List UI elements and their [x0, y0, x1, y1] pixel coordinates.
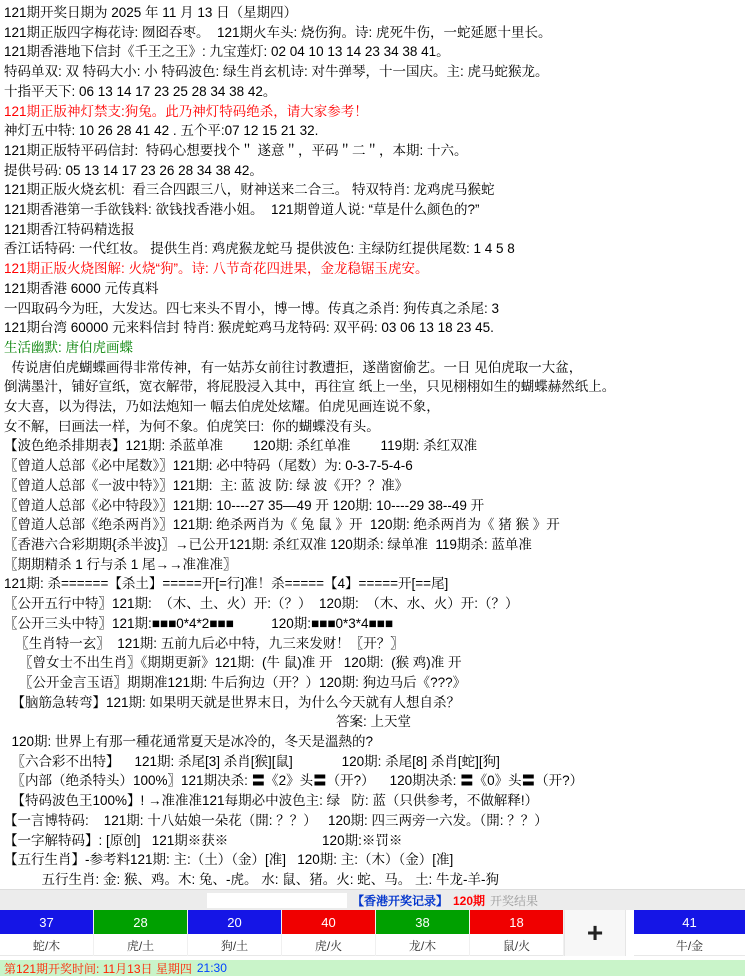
text-line: 121期: 杀======【杀土】=====开[=行]准！杀=====【4】==… [4, 574, 743, 594]
text-line: 倒满墨汁，铺好宣纸，宽衣解带，将屁股浸入其中，再往宣 纸上一坐，只见栩栩如生的蝴… [4, 377, 743, 397]
draw-results-panel: 【香港开奖记录】 120期 开奖结果 37蛇/木28虎/土20狗/土40虎/火3… [0, 889, 745, 976]
text-line: 〖公开五行中特〗121期: （木、土、火）开:（？） 120期: （木、水、火）… [4, 594, 743, 614]
document-text-area: 121期开奖日期为 2025 年 11 月 13 日（星期四）121期正版四字梅… [0, 0, 745, 889]
ball-zodiac-element-label: 狗/土 [188, 934, 281, 956]
text-line: 一四取码今为旺，大发达。四七来头不胃小，博一博。传真之杀肖: 狗传真之杀尾: 3 [4, 299, 743, 319]
ball-number: 18 [470, 910, 563, 934]
ball-number: 40 [282, 910, 375, 934]
text-line: 【一言博特码: 121期: 十八姑娘一朵花（開: ？？） 120期: 四三两旁一… [4, 811, 743, 831]
text-line: 〖曾道人总部《必中特段》〗121期: 10----27 35—49 开 120期… [4, 496, 743, 516]
text-line: 【一字解特码】: [原创] 121期※获※ 120期:※罚※ [4, 831, 743, 851]
ball-zodiac-element-label: 虎/火 [282, 934, 375, 956]
text-line: 传说唐伯虎蝴蝶画得非常传神，有一姑苏女前往讨教遭拒，遂凿窗偷艺。一日 见伯虎取一… [4, 358, 743, 378]
ball-zodiac-element-label: 蛇/木 [0, 934, 93, 956]
text-line: 〖公开金言玉语〗期期准121期: 牛后狗边（开？）120期: 狗边马后《???》 [4, 673, 743, 693]
ball-zodiac-element-label: 鼠/火 [470, 934, 563, 956]
text-line: 香江话特码: 一代红妆。 提供生肖: 鸡虎猴龙蛇马 提供波色: 主绿防红提供尾数… [4, 239, 743, 259]
next-draw-time: 21:30 [197, 961, 227, 975]
text-line: 答案: 上天堂 [4, 712, 743, 732]
next-draw-info-bar: 第121期开奖时间: 11月13日 星期四 21:30 [0, 960, 745, 976]
text-line: 〖香港六合彩期期{杀半波}〗→已公开121期: 杀红双准 120期杀: 绿单准 … [4, 535, 743, 555]
text-line: 121期香江特码精选报 [4, 220, 743, 240]
lottery-info-page: 121期开奖日期为 2025 年 11 月 13 日（星期四）121期正版四字梅… [0, 0, 745, 976]
result-ball-cell: 28虎/土 [94, 910, 188, 956]
text-line: 十指平天下: 06 13 14 17 23 25 28 34 38 42。 [4, 82, 743, 102]
result-balls-row: 37蛇/木28虎/土20狗/土40虎/火38龙/木18鼠/火+41牛/金 [0, 910, 745, 956]
result-ball-cell: 20狗/土 [188, 910, 282, 956]
text-line: 〖生肖特一玄〗 121期: 五前九后必中特，九三来发财！〖开？〗 [4, 634, 743, 654]
next-draw-text: 第121期开奖时间: 11月13日 星期四 [4, 960, 192, 976]
text-line: 〖曾道人总部《必中尾数》〗121期: 必中特码（尾数）为: 0-3-7-5-4-… [4, 456, 743, 476]
text-line: 〖期期精杀 1 行与杀 1 尾→→准准准〗 [4, 555, 743, 575]
text-line: 提供号码: 05 13 14 17 23 26 28 34 38 42。 [4, 161, 743, 181]
ball-number: 38 [376, 910, 469, 934]
ball-zodiac-element-label: 龙/木 [376, 934, 469, 956]
text-line: 〖内部（绝杀特头）100%〗121期决杀: 〓《2》头〓（开?） 120期决杀:… [4, 771, 743, 791]
text-line: 【特码波色王100%】! →准准准121每期必中波色主: 绿 防: 蓝（只供参考… [4, 791, 743, 811]
text-line: 121期香港第一手欲钱料: 欲钱找香港小姐。 121期曾道人说: “草是什么颜色… [4, 200, 743, 220]
results-header-bar: 【香港开奖记录】 120期 开奖结果 [0, 889, 745, 910]
ball-zodiac-element-label: 牛/金 [634, 934, 745, 956]
ball-number: 41 [634, 910, 745, 934]
text-line: 生活幽默: 唐伯虎画蝶 [4, 338, 743, 358]
ball-zodiac-element-label: 虎/土 [94, 934, 187, 956]
result-ball-cell: 41牛/金 [634, 910, 745, 956]
expand-plus-button[interactable]: + [564, 910, 626, 956]
result-ball-cell: 37蛇/木 [0, 910, 94, 956]
text-line: 121期香港地下信封《千王之王》: 九宝莲灯: 02 04 10 13 14 2… [4, 42, 743, 62]
text-line: 121期香港 6000 元传真料 [4, 279, 743, 299]
text-line: 【波色绝杀排期表】121期: 杀蓝单准 120期: 杀红单准 119期: 杀红双… [4, 436, 743, 456]
text-line: 【脑筋急转弯】121期: 如果明天就是世界末日，为什么今天就有人想自杀？ [4, 693, 743, 713]
text-line: 〖公开三头中特〗121期:■■■0*4*2■■■ 120期:■■■0*3*4■■… [4, 614, 743, 634]
text-line: 〖曾女士不出生肖〗《期期更新》121期: (牛 鼠)准 开 120期: (猴 鸡… [4, 653, 743, 673]
text-line: 特码单双: 双 特码大小: 小 特码波色: 绿生肖玄机诗: 对牛弹琴，十一国庆。… [4, 62, 743, 82]
text-line: 〖曾道人总部《绝杀两肖》〗121期: 绝杀两肖为《 兔 鼠 》开 120期: 绝… [4, 515, 743, 535]
text-line: 神灯五中特: 10 26 28 41 42 . 五个平:07 12 15 21 … [4, 121, 743, 141]
results-period-label: 120期 [453, 892, 485, 909]
result-ball-cell: 40虎/火 [282, 910, 376, 956]
text-line: 121期正版火烧玄机: 看三合四跟三八，财神送来二合三。 特双特肖: 龙鸡虎马猴… [4, 180, 743, 200]
blank-input-box[interactable] [207, 893, 347, 908]
text-line: 【五行生肖】-参考料121期: 主:（土）（金）[准] 120期: 主:（木）（… [4, 850, 743, 870]
text-line: 121期正版特平码信封: 特码心想要找个＂ 遂意＂，平码＂二＂，本期: 十六。 [4, 141, 743, 161]
text-line: 120期: 世界上有那一種花通常夏天是冰冷的，冬天是溫熱的? [4, 732, 743, 752]
text-line: 女大喜，以为得法，乃如法炮知一 幅去伯虎处炫耀。伯虎见画连说不象， [4, 397, 743, 417]
text-line: 121期开奖日期为 2025 年 11 月 13 日（星期四） [4, 3, 743, 23]
text-line: 121期正版四字梅花诗: 囫囵吞枣。 121期火车头: 烧伤狗。诗: 虎死牛伤，… [4, 23, 743, 43]
text-line: 五行生肖: 金: 猴、鸡。木: 兔、-虎。 水: 鼠、猪。火: 蛇、马。 土: … [4, 870, 743, 889]
text-line: 121期正版火烧图解: 火烧“狗”。诗: 八节奇花四进果，金龙稳锯玉虎安。 [4, 259, 743, 279]
text-line: 〖六合彩不出特】 121期: 杀尾[3] 杀肖[猴][鼠] 120期: 杀尾[8… [4, 752, 743, 772]
text-line: 女不解，曰画法一样，为何不象。伯虎笑曰: 你的蝴蝶没有头。 [4, 417, 743, 437]
result-ball-cell: 18鼠/火 [470, 910, 564, 956]
text-line: 〖曾道人总部《一波中特》〗121期: 主: 蓝 波 防: 绿 波《开？？准》 [4, 476, 743, 496]
results-suffix-label: 开奖结果 [490, 892, 538, 909]
result-ball-cell: 38龙/木 [376, 910, 470, 956]
ball-number: 28 [94, 910, 187, 934]
text-line: 121期台湾 60000 元来料信封 特肖: 猴虎蛇鸡马龙特码: 双平码: 03… [4, 318, 743, 338]
ball-number: 20 [188, 910, 281, 934]
results-record-link[interactable]: 【香港开奖记录】 [352, 892, 448, 909]
ball-number: 37 [0, 910, 93, 934]
text-line: 121期正版神灯禁支:狗兔。此乃神灯特码绝杀，请大家参考！ [4, 102, 743, 122]
